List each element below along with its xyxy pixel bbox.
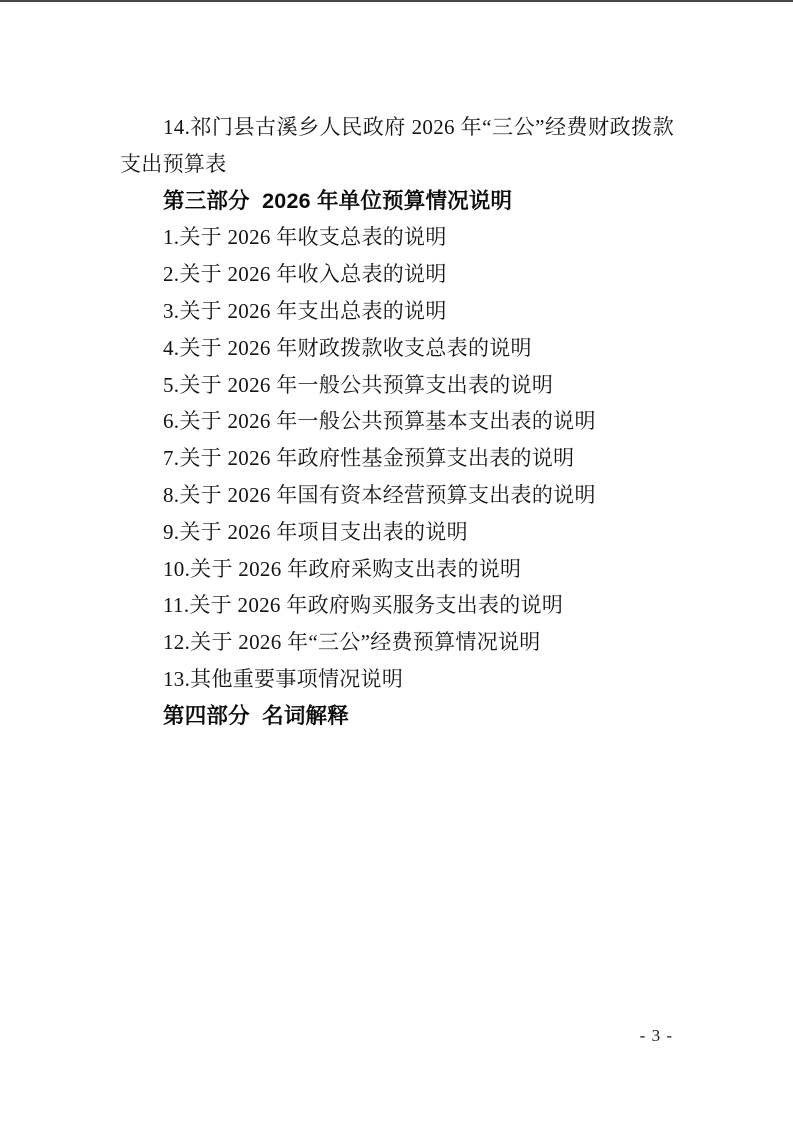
- toc-entry-part3-13: 13.其他重要事项情况说明: [120, 661, 674, 698]
- toc-entry-part3-3: 3.关于 2026 年支出总表的说明: [120, 293, 674, 330]
- section-heading-part3: 第三部分 2026 年单位预算情况说明: [120, 183, 674, 220]
- toc-entry-part3-2: 2.关于 2026 年收入总表的说明: [120, 256, 674, 293]
- toc-entry-14-line-2: 支出预算表: [120, 146, 674, 183]
- toc-entry-part3-9: 9.关于 2026 年项目支出表的说明: [120, 514, 674, 551]
- toc-entry-part3-11: 11.关于 2026 年政府购买服务支出表的说明: [120, 587, 674, 624]
- page-number: - 3 -: [640, 1026, 673, 1046]
- toc-entry-part3-4: 4.关于 2026 年财政拨款收支总表的说明: [120, 330, 674, 367]
- toc-entry-part3-8: 8.关于 2026 年国有资本经营预算支出表的说明: [120, 477, 674, 514]
- toc-entry-14-line-1: 14.祁门县古溪乡人民政府 2026 年“三公”经费财政拨款: [120, 109, 674, 146]
- toc-entry-part3-6: 6.关于 2026 年一般公共预算基本支出表的说明: [120, 403, 674, 440]
- table-of-contents: 14.祁门县古溪乡人民政府 2026 年“三公”经费财政拨款 支出预算表 第三部…: [120, 109, 674, 735]
- document-page: 14.祁门县古溪乡人民政府 2026 年“三公”经费财政拨款 支出预算表 第三部…: [0, 0, 793, 1122]
- page-top-border: [0, 0, 793, 2]
- section-heading-part4: 第四部分 名词解释: [120, 698, 674, 735]
- toc-entry-part3-5: 5.关于 2026 年一般公共预算支出表的说明: [120, 367, 674, 404]
- toc-entry-part3-12: 12.关于 2026 年“三公”经费预算情况说明: [120, 624, 674, 661]
- toc-entry-part3-7: 7.关于 2026 年政府性基金预算支出表的说明: [120, 440, 674, 477]
- toc-entry-part3-10: 10.关于 2026 年政府采购支出表的说明: [120, 551, 674, 588]
- toc-entry-part3-1: 1.关于 2026 年收支总表的说明: [120, 219, 674, 256]
